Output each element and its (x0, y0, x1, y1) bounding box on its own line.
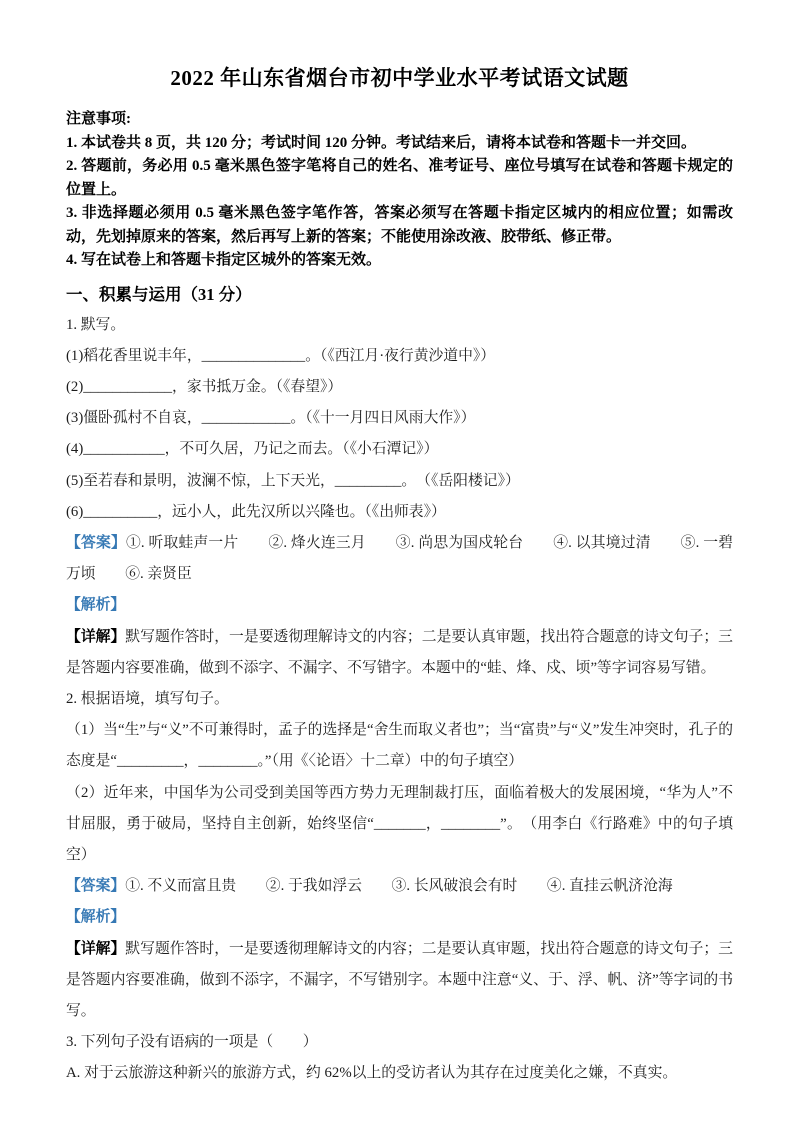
q2-answer-line: 【答案】①. 不义而富且贵 ②. 于我如浮云 ③. 长风破浪会有时 ④. 直挂云… (66, 871, 733, 902)
q1-blank-1: (1)稻花香里说丰年，______________。（《西江月·夜行黄沙道中》） (66, 341, 733, 372)
notice-item-1: 1. 本试卷共 8 页，共 120 分；考试时间 120 分钟。考试结来后，请将… (66, 132, 733, 156)
q1-detail-text: 默写题作答时，一是要透彻理解诗文的内容；二是要认真审题，找出符合题意的诗文句子；… (66, 629, 733, 676)
page-title: 2022 年山东省烟台市初中学业水平考试语文试题 (66, 62, 733, 94)
q1-blank-4: (4)___________，不可久居，乃记之而去。（《小石潭记》） (66, 434, 733, 465)
q2-detail-label: 【详解】 (66, 941, 125, 957)
section1-body: 1. 默写。 (1)稻花香里说丰年，______________。（《西江月·夜… (66, 310, 733, 1090)
q1-blank-5: (5)至若春和景明，波澜不惊，上下天光，_________。 （《岳阳楼记》） (66, 466, 733, 497)
q2-analysis-label: 【解析】 (66, 909, 125, 925)
q1-detail-line: 【详解】默写题作答时，一是要透彻理解诗文的内容；二是要认真审题，找出符合题意的诗… (66, 622, 733, 684)
section1-heading: 一、积累与运用（31 分） (66, 280, 733, 310)
q2-detail-line: 【详解】默写题作答时，一是要透彻理解诗文的内容；二是要认真审题，找出符合题意的诗… (66, 934, 733, 1028)
q1-detail-label: 【详解】 (66, 629, 125, 645)
notice-item-3: 3. 非选择题必须用 0.5 毫米黑色签字笔作答，答案必须写在答题卡指定区城内的… (66, 202, 733, 249)
q1-analysis-line: 【解析】 (66, 590, 733, 621)
q2-detail-text: 默写题作答时，一是要透彻理解诗文的内容；二是要认真审题，找出符合题意的诗文句子；… (66, 941, 733, 1019)
notice-heading: 注意事项: (66, 108, 733, 132)
q1-answer-line: 【答案】①. 听取蛙声一片 ②. 烽火连三月 ③. 尚思为国戍轮台 ④. 以其境… (66, 528, 733, 590)
q1-answer-label: 【答案】 (66, 535, 126, 551)
q2-part-2: （2）近年来，中国华为公司受到美国等西方势力无理制裁打压，面临着极大的发展困境，… (66, 778, 733, 872)
notice-item-2: 2. 答题前，务必用 0.5 毫米黑色签字笔将自己的姓名、准考证号、座位号填写在… (66, 155, 733, 202)
q1-blank-2: (2)____________，家书抵万金。（《春望》） (66, 372, 733, 403)
q2-answer-label: 【答案】 (66, 878, 125, 894)
q3-stem: 3. 下列句子没有语病的一项是（ ） (66, 1027, 733, 1058)
exam-document-page: 2022 年山东省烟台市初中学业水平考试语文试题 注意事项: 1. 本试卷共 8… (0, 0, 793, 1122)
q2-analysis-line: 【解析】 (66, 902, 733, 933)
q1-blank-3: (3)僵卧孤村不自哀，____________。（《十一月四日风雨大作》） (66, 403, 733, 434)
q1-stem: 1. 默写。 (66, 310, 733, 341)
notice-section: 注意事项: 1. 本试卷共 8 页，共 120 分；考试时间 120 分钟。考试… (66, 108, 733, 273)
notice-item-4: 4. 写在试卷上和答题卡指定区城外的答案无效。 (66, 249, 733, 273)
q2-stem: 2. 根据语境，填写句子。 (66, 684, 733, 715)
q2-part-1: （1）当“生”与“义”不可兼得时，孟子的选择是“舍生而取义者也”；当“富贵”与“… (66, 715, 733, 777)
q1-analysis-label: 【解析】 (66, 597, 125, 613)
q2-answer-text: ①. 不义而富且贵 ②. 于我如浮云 ③. 长风破浪会有时 ④. 直挂云帆济沧海 (125, 878, 673, 894)
q3-option-a: A. 对于云旅游这种新兴的旅游方式，约 62%以上的受访者认为其存在过度美化之嫌… (66, 1058, 733, 1089)
q1-blank-6: (6)__________，远小人，此先汉所以兴隆也。（《出师表》） (66, 497, 733, 528)
q1-answer-text: ①. 听取蛙声一片 ②. 烽火连三月 ③. 尚思为国戍轮台 ④. 以其境过清 ⑤… (66, 535, 733, 582)
